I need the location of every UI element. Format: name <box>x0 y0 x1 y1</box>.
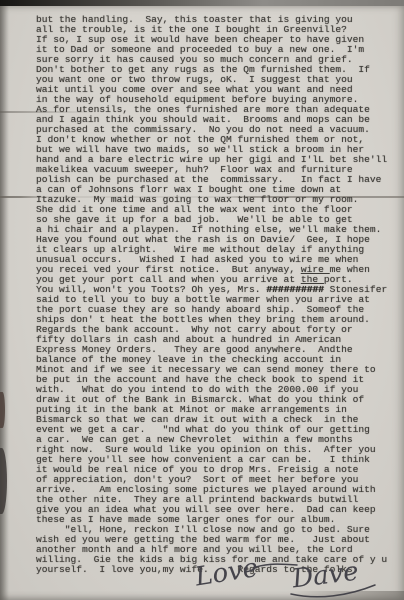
signature-love: Love <box>192 553 260 593</box>
signature-dave: Dave <box>290 557 361 595</box>
scan-smudge <box>0 392 5 428</box>
letter-text: but the handling. Say, this toaster that… <box>36 15 387 575</box>
letter-paper: but the handling. Say, this toaster that… <box>0 6 404 600</box>
scanned-typewritten-letter: but the handling. Say, this toaster that… <box>0 0 404 600</box>
handwritten-signature: Love Dave <box>172 538 390 600</box>
